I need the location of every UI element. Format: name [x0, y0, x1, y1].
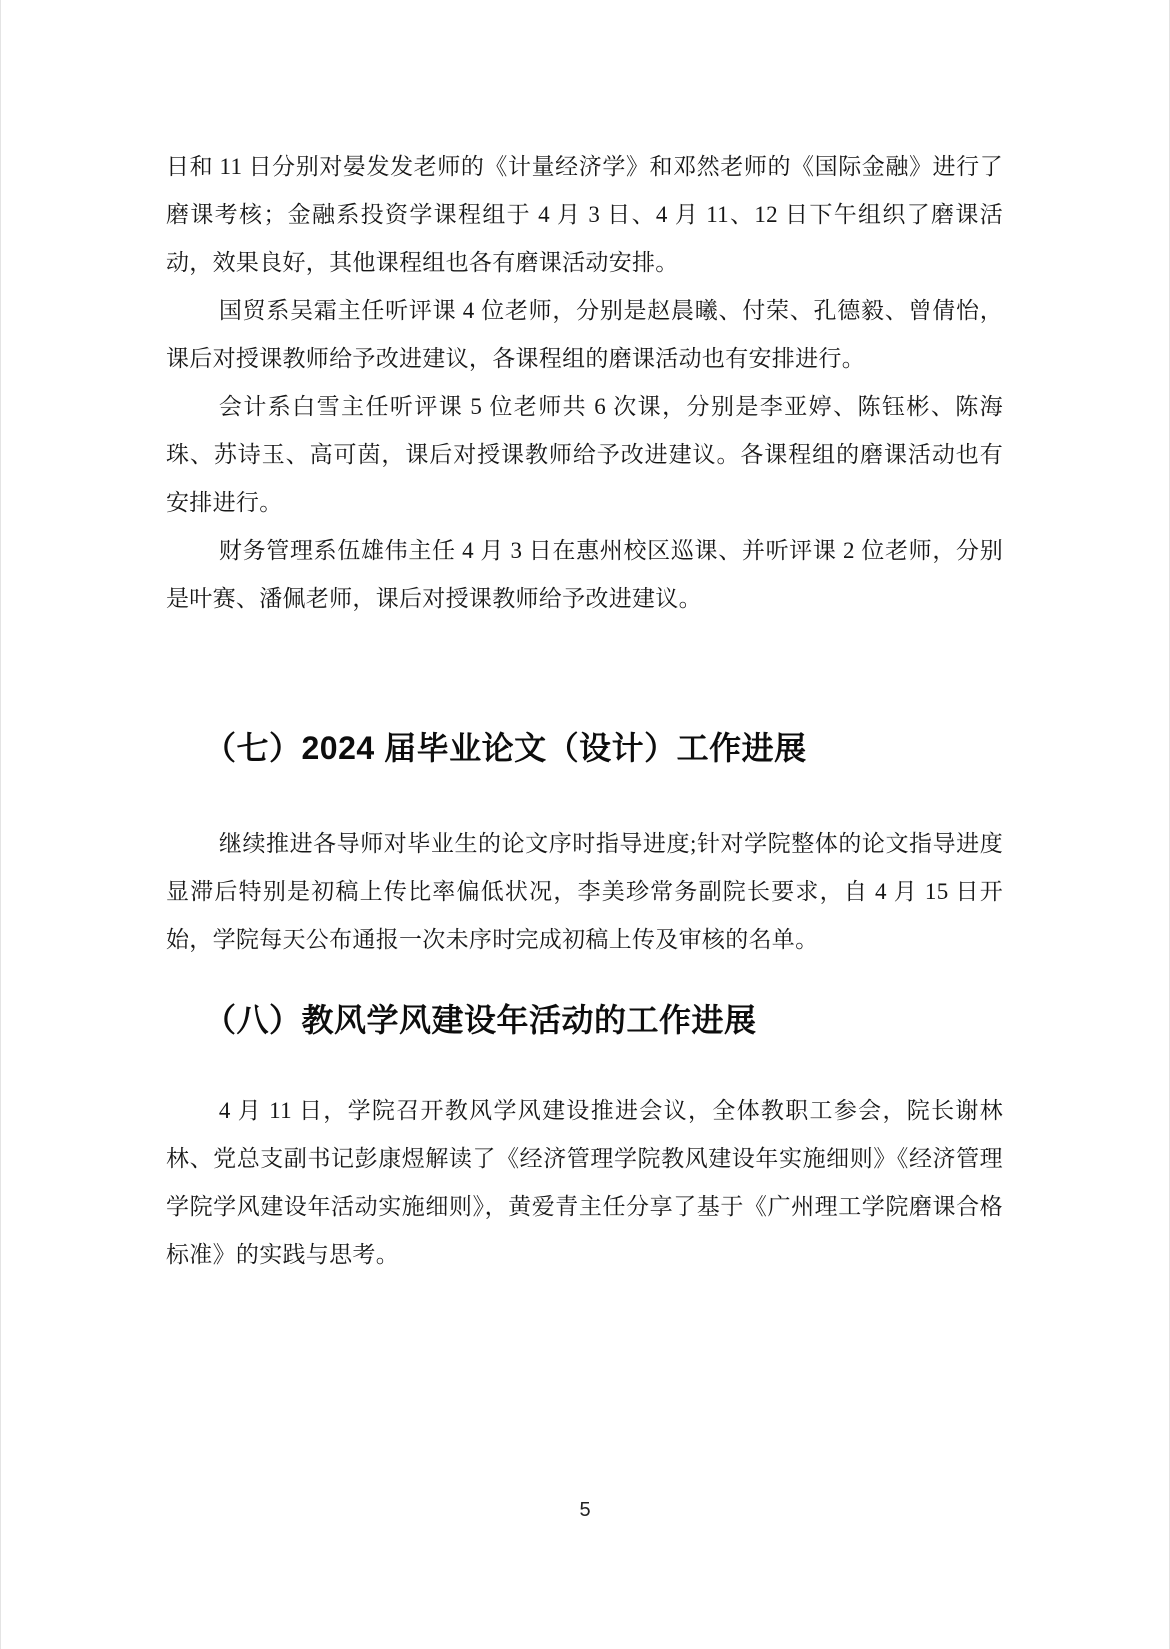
paragraph-accounting-dept: 会计系白雪主任听评课 5 位老师共 6 次课，分别是李亚婷、陈钰彬、陈海珠、苏诗… — [166, 383, 1003, 527]
section-heading-8-teaching-style-progress: （八）教风学风建设年活动的工作进展 — [166, 994, 1003, 1046]
page-content: 日和 11 日分别对晏发发老师的《计量经济学》和邓然老师的《国际金融》进行了磨课… — [1, 0, 1169, 1279]
paragraph-trade-dept: 国贸系吴霜主任听评课 4 位老师，分别是赵晨曦、付荣、孔德毅、曾倩怡，课后对授课… — [166, 287, 1003, 383]
paragraph-teaching-style-meeting: 4 月 11 日，学院召开教风学风建设推进会议，全体教职工参会，院长谢林林、党总… — [166, 1087, 1003, 1279]
paragraph-thesis-progress: 继续推进各导师对毕业生的论文序时指导进度;针对学院整体的论文指导进度显滞后特别是… — [166, 820, 1003, 964]
page-footer: 5 — [1, 1498, 1169, 1522]
section-heading-7-thesis-progress: （七）2024 届毕业论文（设计）工作进展 — [166, 722, 1003, 774]
paragraph-continuation: 日和 11 日分别对晏发发老师的《计量经济学》和邓然老师的《国际金融》进行了磨课… — [166, 143, 1003, 287]
document-page: 日和 11 日分别对晏发发老师的《计量经济学》和邓然老师的《国际金融》进行了磨课… — [0, 0, 1170, 1649]
paragraph-finance-management-dept: 财务管理系伍雄伟主任 4 月 3 日在惠州校区巡课、并听评课 2 位老师，分别是… — [166, 527, 1003, 623]
page-number: 5 — [579, 1499, 590, 1521]
